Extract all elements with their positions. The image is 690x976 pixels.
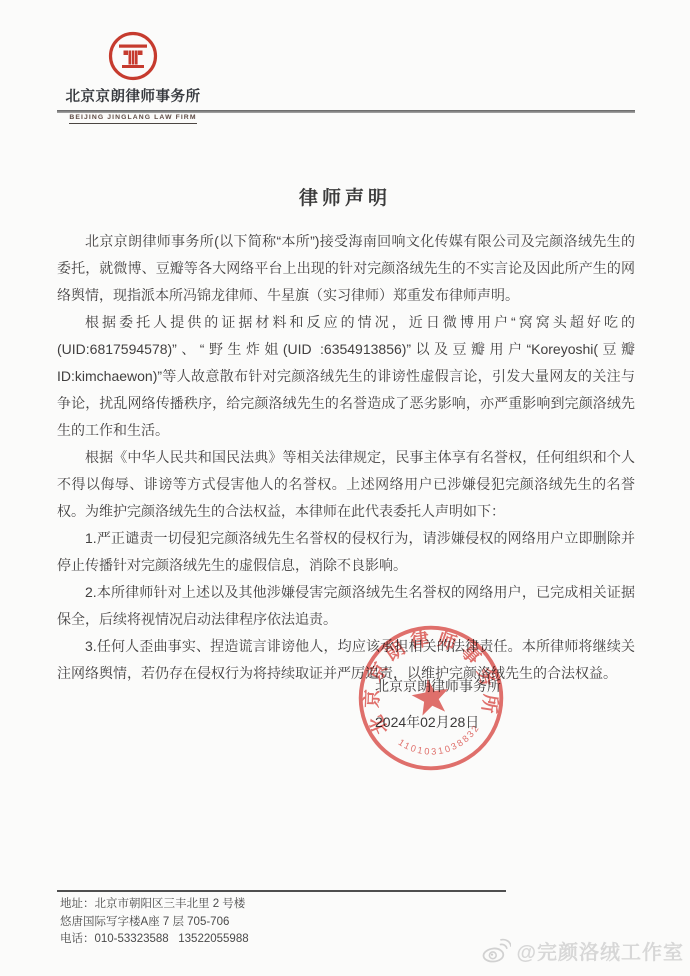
footer-address-line1: 地址：北京市朝阳区三丰北里 2 号楼 [60, 896, 249, 914]
paragraph-legal-basis: 根据《中华人民共和国民法典》等相关法律规定，民事主体享有名誉权，任何组织和个人不… [57, 444, 635, 525]
document-title: 律师声明 [0, 183, 690, 210]
law-firm-name-en: BEIJING JINGLANG LAW FIRM [69, 114, 196, 124]
footer-contact-info: 地址：北京市朝阳区三丰北里 2 号楼 悠唐国际写字楼A座 7 层 705-706… [60, 896, 249, 949]
legal-statement-document: 北京京朗律师事务所 BEIJING JINGLANG LAW FIRM 律师声明… [0, 0, 690, 976]
paragraph-facts: 根据委托人提供的证据材料和反应的情况，近日微博用户“窝窝头超好吃的(UID:68… [57, 309, 635, 444]
header-divider [57, 110, 635, 113]
signature-date: 2024年02月28日 [375, 712, 479, 732]
paragraph-intro: 北京京朗律师事务所(以下简称“本所”)接受海南回响文化传媒有限公司及完颜洛绒先生… [57, 228, 635, 309]
weibo-watermark: @完颜洛绒工作室 [481, 936, 684, 965]
statement-item-1: 1.严正谴责一切侵犯完颜洛绒先生名誉权的侵权行为，请涉嫌侵权的网络用户立即删除并… [57, 525, 635, 579]
weibo-icon [481, 938, 511, 964]
law-firm-name-zh: 北京京朗律师事务所 [58, 85, 208, 106]
statement-item-3: 3.任何人歪曲事实、捏造谎言诽谤他人，均应该承担相关的法律责任。本所律师将继续关… [57, 633, 635, 687]
statement-item-2: 2.本所律师针对上述以及其他涉嫌侵害完颜洛绒先生名誉权的网络用户，已完成相关证据… [57, 579, 635, 633]
pillar-emblem-icon [107, 30, 159, 82]
document-body: 北京京朗律师事务所(以下简称“本所”)接受海南回响文化传媒有限公司及完颜洛绒先生… [57, 228, 635, 687]
footer-divider [57, 890, 506, 892]
footer-address-line2: 悠唐国际写字楼A座 7 层 705-706 [60, 914, 249, 932]
watermark-label: @完颜洛绒工作室 [516, 936, 684, 965]
signature-firm-name: 北京京朗律师事务所 [375, 676, 501, 696]
footer-phone-line: 电话：010-53323588 13522055988 [60, 931, 249, 949]
